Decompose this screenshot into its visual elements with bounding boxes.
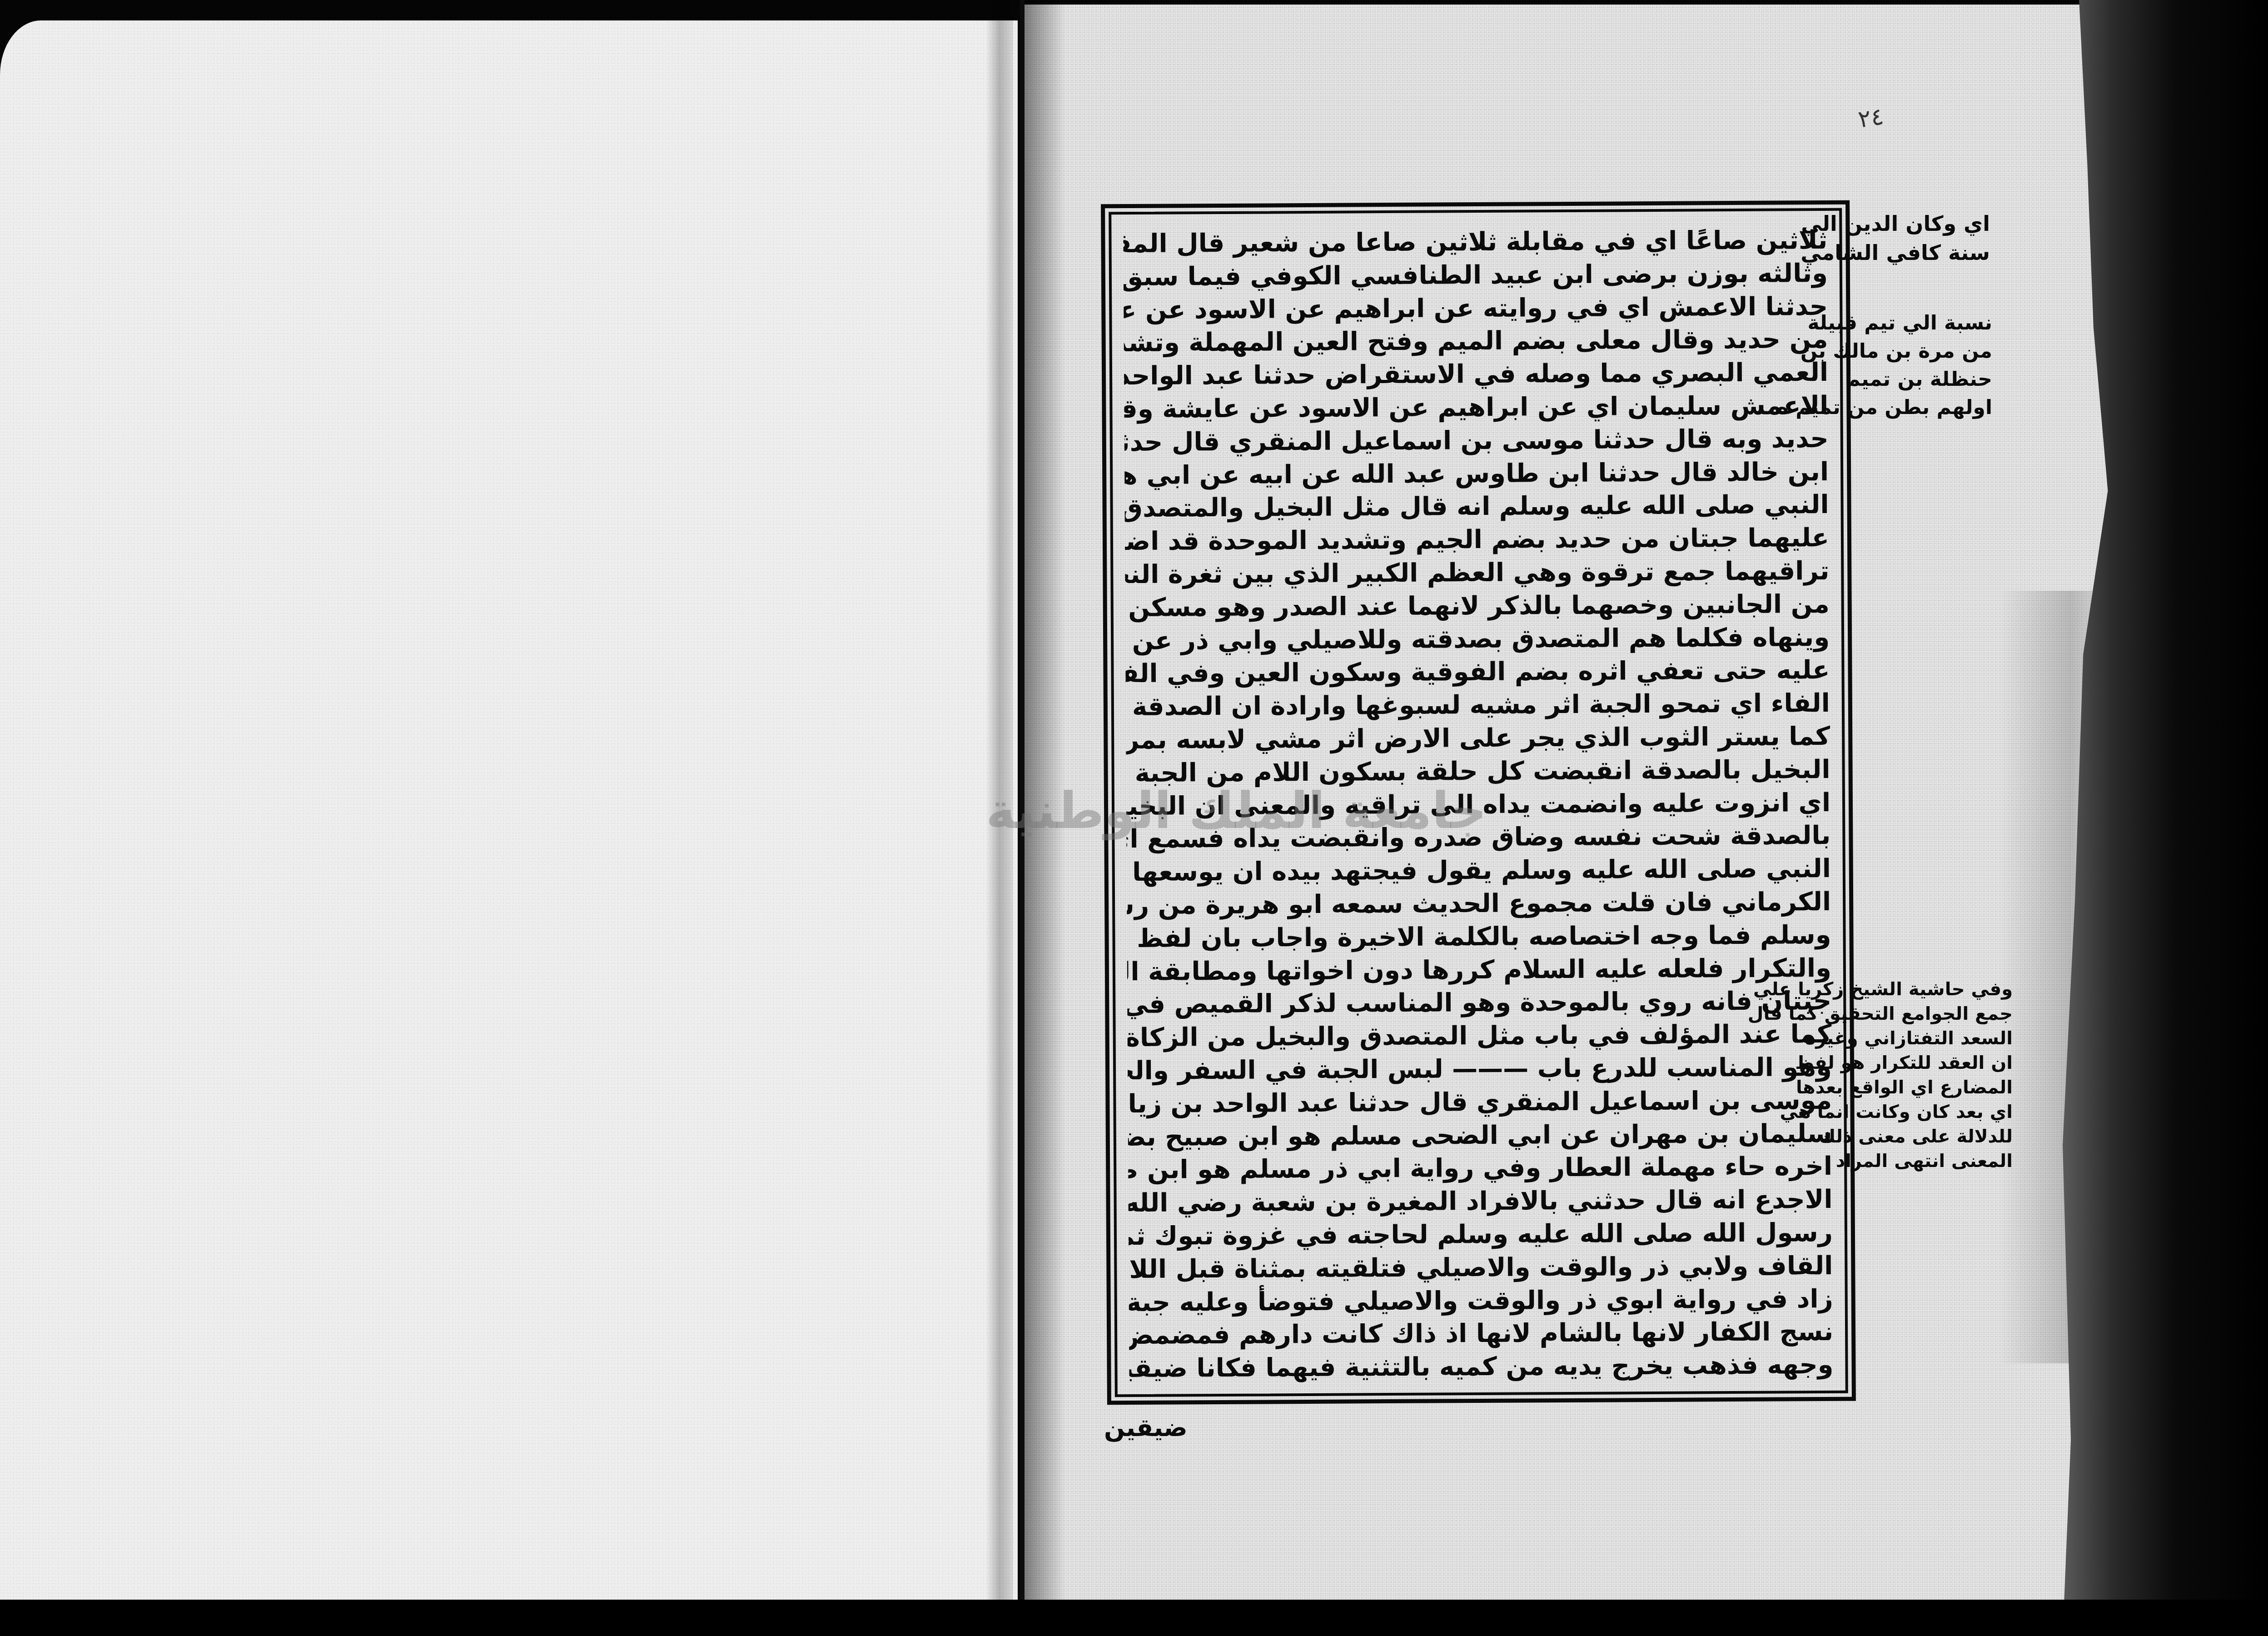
text-line: جبتان فانه روي بالموحدة وهو المناسب لذكر… (1127, 983, 1831, 1020)
folio-number: ٢٤ (1856, 103, 1885, 133)
torn-binding-edge (2063, 0, 2268, 1636)
margin-note-top: اي وكان الدين الي سنة كافي الشامي (1854, 209, 1990, 267)
margin-note-line: للدلالة على معنى ذلك (1863, 1124, 2013, 1149)
text-line: حدثنا الاعمش اي في روايته عن ابراهيم عن … (1124, 289, 1828, 326)
text-line: النبي صلى الله عليه وسلم يقول فيجتهد بيد… (1127, 851, 1831, 888)
text-line: ثلاثين صاعًا اي في مقابلة ثلاثين صاعا من… (1123, 223, 1827, 259)
text-line: زاد في رواية ابوي ذر والوقت والاصيلي فتو… (1129, 1281, 1833, 1318)
text-line: العمي البصري مما وصله في الاستقراض حدثنا… (1124, 355, 1828, 392)
margin-note-line: اولهم بطن من تميم ه (1851, 394, 1992, 422)
text-line: من الجانبين وخصهما بالذكر لانهما عند الص… (1125, 587, 1830, 623)
text-line: الفاء اي تمحو الجبة اثر مشيه لسبوغها وار… (1126, 686, 1830, 723)
margin-note-bottom: وفي حاشية الشيخ زكريا علي جمع الجوامع ال… (1863, 977, 2013, 1173)
library-watermark: جامعة الملك الوطنية (986, 782, 1487, 840)
margin-note-line: المعنى انتهى المراد (1863, 1149, 2013, 1173)
text-line: الاجدع انه قال حدثني بالافراد المغيرة بن… (1128, 1182, 1832, 1219)
text-line: الاعمش سليمان اي عن ابراهيم عن الاسود عن… (1124, 388, 1828, 425)
text-line: وثالثه بوزن برضى ابن عبيد الطنافسي الكوف… (1124, 256, 1828, 293)
text-line: كما عند المؤلف في باب مثل المتصدق والبخي… (1127, 1017, 1831, 1053)
text-line: من حديد وقال معلى بضم الميم وفتح العين ا… (1124, 322, 1828, 359)
margin-note-line: من مرة بن مالك بن (1851, 337, 1992, 365)
margin-note-line: اي وكان الدين الي (1854, 209, 1990, 238)
text-line: وينهاه فكلما هم المتصدق بصدقته وللاصيلي … (1125, 620, 1830, 657)
text-line: القاف ولابي ذر والوقت والاصيلي فتلقيته ب… (1129, 1248, 1833, 1285)
scan-bottom-band (0, 1600, 2268, 1636)
text-line: الكرماني فان قلت مجموع الحديث سمعه ابو ه… (1127, 884, 1831, 921)
text-line: رسول الله صلى الله عليه وسلم لحاجته في غ… (1129, 1215, 1833, 1252)
text-line: نسج الكفار لانها بالشام لانها اذ ذاك كان… (1129, 1314, 1833, 1351)
text-line: كما يستر الثوب الذي يجر على الارض اثر مش… (1126, 719, 1830, 756)
text-line: عليهما جبتان من حديد بضم الجيم وتشديد ال… (1125, 520, 1829, 557)
margin-note-line: سنة كافي الشامي (1854, 238, 1990, 267)
text-line: وجهه فذهب يخرج يديه من كميه بالتثنية فيه… (1129, 1347, 1833, 1384)
text-line: وسلم فما وجه اختصاصه بالكلمة الاخيرة واج… (1127, 918, 1831, 954)
text-line: والتكرار فلعله عليه السلام كررها دون اخو… (1127, 950, 1831, 987)
margin-note-line: السعد التفتازاني وغيره (1863, 1026, 2013, 1051)
margin-note-line: المضارع اي الواقع بعدها (1863, 1075, 2013, 1100)
text-line: تراقيهما جمع ترقوة وهي العظم الكبير الذي… (1125, 554, 1829, 590)
margin-note-line: اي بعد كان وكانت انما هي (1863, 1100, 2013, 1124)
margin-note-line: وفي حاشية الشيخ زكريا علي (1863, 977, 2013, 1002)
catchword: ضيقين (1104, 1413, 1188, 1442)
text-line: وهو المناسب للدرع باب ——— لبس الجبة في ا… (1128, 1050, 1832, 1087)
text-line: النبي صلى الله عليه وسلم انه قال مثل الب… (1124, 487, 1829, 524)
text-line: اخره حاء مهملة العطار وفي رواية ابي ذر م… (1128, 1149, 1832, 1186)
text-line: ابن خالد قال حدثنا ابن طاوس عبد الله عن … (1124, 454, 1829, 491)
margin-note-line: جمع الجوامع التحقيق كما قال (1863, 1002, 2013, 1026)
margin-note-middle: نسبة الي تيم قبيلة من مرة بن مالك بن حنظ… (1851, 309, 1992, 422)
left-blank-page (0, 20, 1018, 1602)
text-line: موسى بن اسماعيل المنقري قال حدثنا عبد ال… (1128, 1083, 1832, 1120)
margin-note-line: نسبة الي تيم قبيلة (1851, 309, 1992, 337)
text-line: عليه حتى تعفي اثره بضم الفوقية وسكون الع… (1125, 653, 1830, 689)
margin-note-line: ان العقد للتكرار هو لفظ (1863, 1051, 2013, 1075)
margin-note-line: حنظلة بن تميم (1851, 365, 1992, 394)
text-line: حديد وبه قال حدثنا موسى بن اسماعيل المنق… (1124, 421, 1829, 458)
text-line: سليمان بن مهران عن ابي الضحى مسلم هو ابن… (1128, 1116, 1832, 1152)
